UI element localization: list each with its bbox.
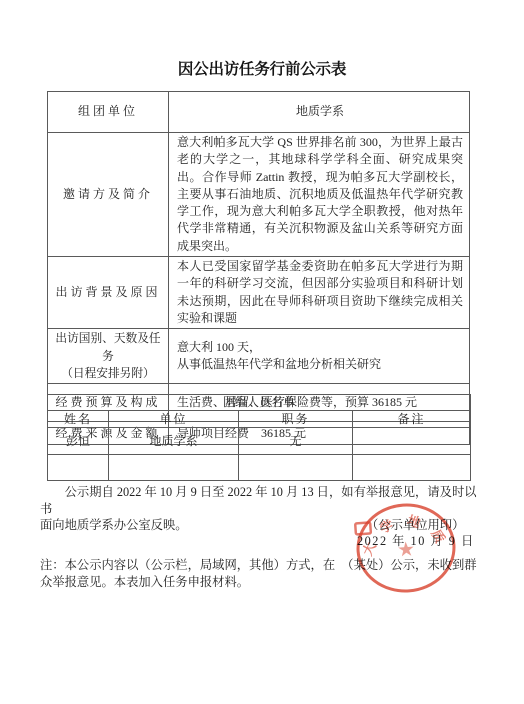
label-country-days-task-line1: 出访国别、天数及任务 bbox=[52, 330, 164, 365]
header-position: 职务 bbox=[239, 411, 353, 428]
label-visit-background: 出访背景及原因 bbox=[48, 257, 169, 329]
header-unit: 单位 bbox=[109, 411, 239, 428]
value-organizing-unit: 地质学系 bbox=[169, 92, 470, 133]
value-visit-background: 本人已受国家留学基金委资助在帕多瓦大学进行为期一年的科研学习交流，但因部分实验项… bbox=[169, 257, 470, 329]
label-country-days-task-line2: （日程安排另附） bbox=[52, 365, 164, 382]
value-country-days-task-line2: 从事低温热年代学和盆地分析相关研究 bbox=[177, 356, 463, 373]
footnote-line1: 注：本公示内容以（公示栏，局域网，其他）方式，在 （某处）公示，未收到群 bbox=[40, 557, 510, 574]
label-inviter-intro: 邀请方及简介 bbox=[48, 133, 169, 257]
cell-name-1: 彭恒 bbox=[48, 428, 109, 455]
value-inviter-intro: 意大利帕多瓦大学 QS 世界排名前 300，为世界上最古老的大学之一，其地球科学… bbox=[169, 133, 470, 257]
cell-remark-1 bbox=[353, 428, 471, 455]
personnel-section-title: 团组人员名单 bbox=[48, 395, 471, 411]
stamp-date: 2022 年 10 月 9 日 bbox=[357, 531, 475, 549]
row-visit-background: 出访背景及原因 本人已受国家留学基金委资助在帕多瓦大学进行为期一年的科研学习交流… bbox=[48, 257, 470, 329]
personnel-header-row: 姓名 单位 职务 备注 bbox=[48, 411, 471, 428]
visit-form-table: 组团单位 地质学系 邀请方及简介 意大利帕多瓦大学 QS 世界排名前 300，为… bbox=[47, 91, 470, 445]
cell-unit-2 bbox=[109, 455, 239, 481]
page-title: 因公出访任务行前公示表 bbox=[0, 57, 524, 79]
footnote-paragraph: 注：本公示内容以（公示栏，局域网，其他）方式，在 （某处）公示，未收到群 众举报… bbox=[40, 557, 510, 590]
label-country-days-task: 出访国别、天数及任务 （日程安排另附） bbox=[48, 329, 169, 384]
header-name: 姓名 bbox=[48, 411, 109, 428]
cell-unit-1: 地质学系 bbox=[109, 428, 239, 455]
header-remark: 备注 bbox=[353, 411, 471, 428]
row-organizing-unit: 组团单位 地质学系 bbox=[48, 92, 470, 133]
personnel-row-2 bbox=[48, 455, 471, 481]
cell-position-1: 无 bbox=[239, 428, 353, 455]
value-country-days-task-line1: 意大利 100 天， bbox=[177, 339, 463, 356]
label-organizing-unit: 组团单位 bbox=[48, 92, 169, 133]
personnel-row-1: 彭恒 地质学系 无 bbox=[48, 428, 471, 455]
cell-name-2 bbox=[48, 455, 109, 481]
personnel-section-row: 团组人员名单 bbox=[48, 395, 471, 411]
row-inviter-intro: 邀请方及简介 意大利帕多瓦大学 QS 世界排名前 300，为世界上最古老的大学之… bbox=[48, 133, 470, 257]
row-country-days-task: 出访国别、天数及任务 （日程安排另附） 意大利 100 天， 从事低温热年代学和… bbox=[48, 329, 470, 384]
personnel-table: 团组人员名单 姓名 单位 职务 备注 彭恒 地质学系 无 bbox=[47, 394, 471, 481]
footnote-line2: 众举报意见。本表加入任务申报材料。 bbox=[40, 574, 510, 591]
notice-period-line1: 公示期自 2022 年 10 月 9 日至 2022 年 10 月 13 日，如… bbox=[40, 484, 486, 517]
cell-position-2 bbox=[239, 455, 353, 481]
value-country-days-task: 意大利 100 天， 从事低温热年代学和盆地分析相关研究 bbox=[169, 329, 470, 384]
document-page: 因公出访任务行前公示表 组团单位 地质学系 邀请方及简介 意大利帕多瓦大学 QS… bbox=[0, 0, 524, 704]
cell-remark-2 bbox=[353, 455, 471, 481]
